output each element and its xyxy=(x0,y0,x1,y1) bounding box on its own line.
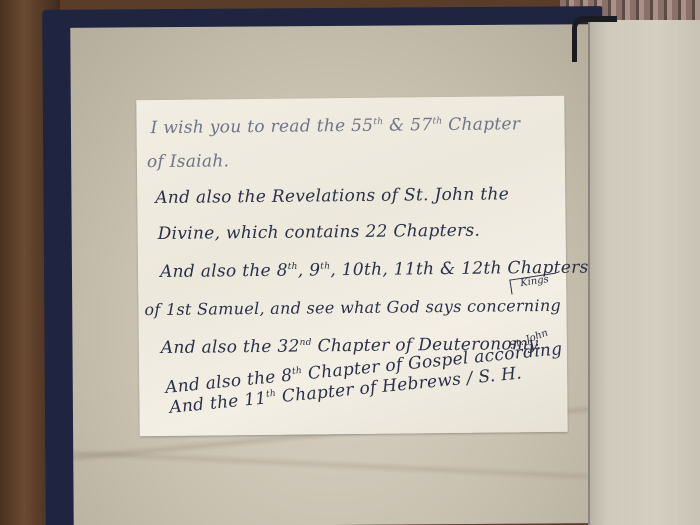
note-line-4: Divine, which contains 22 Chapters. xyxy=(158,221,481,244)
spine-strap xyxy=(572,16,617,62)
note-line-6: of 1st Samuel, and see what God says con… xyxy=(144,296,561,319)
note-line-1: I wish you to read the 55th & 57th Chapt… xyxy=(150,114,520,138)
handwritten-note: I wish you to read the 55th & 57th Chapt… xyxy=(136,96,567,436)
note-line-2: of Isaiah. xyxy=(147,151,230,172)
facing-page xyxy=(588,20,700,525)
note-line-3: And also the Revelations of St. John the xyxy=(155,184,509,208)
